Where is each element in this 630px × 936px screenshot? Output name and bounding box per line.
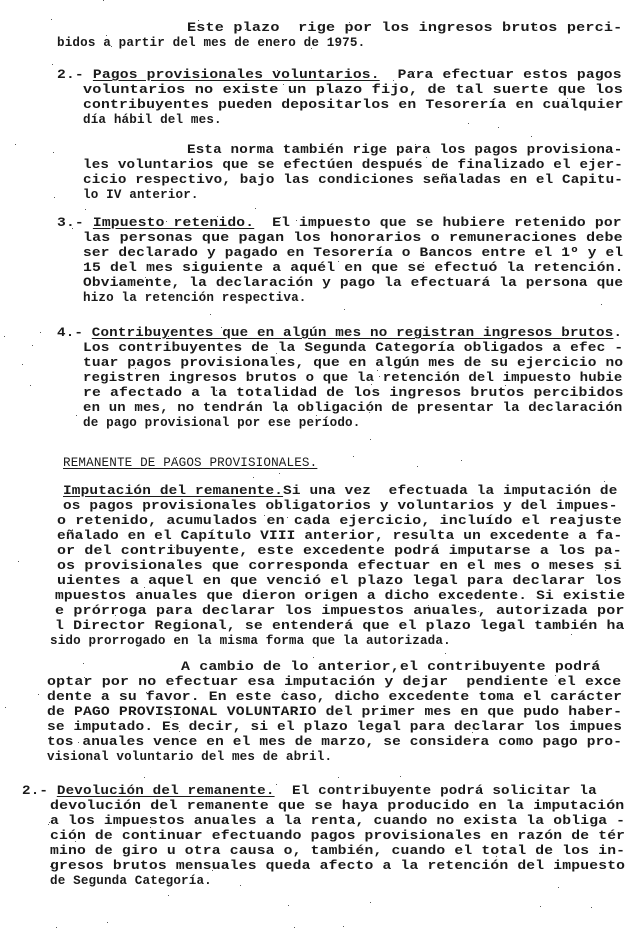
section-text: El impuesto que se hubiere retenido por: [254, 216, 622, 230]
body-line: Los contribuyentes de la Segunda Categor…: [83, 341, 623, 355]
section-text: .: [613, 326, 622, 340]
body-line: o retenido, acumulados en cada ejercicio…: [57, 514, 622, 528]
body-line: uientes a aquel en que venció el plazo l…: [57, 574, 622, 588]
body-line: voluntarios no existe un plazo fijo, de …: [83, 83, 623, 97]
body-line: contribuyentes pueden depositarlos en Te…: [83, 98, 624, 112]
body-line: eñalado en el Capítulo VIII anterior, re…: [57, 529, 622, 543]
body-line: ción de continuar efectuando pagos provi…: [50, 829, 625, 843]
body-line: hizo la retención respectiva.: [83, 291, 307, 305]
body-line: tos anuales vence en el mes de marzo, se…: [47, 735, 622, 749]
section-heading: Pagos provisionales voluntarios.: [93, 68, 380, 82]
body-line: l Director Regional, se entenderá que el…: [55, 619, 625, 633]
section-text: Si una vez efectuada la imputación de: [283, 484, 617, 498]
body-line: ser declarado y pagado en Tesorería o Ba…: [83, 246, 623, 260]
body-line: devolución del remanente que se haya pro…: [50, 799, 624, 813]
body-line: os pagos provisionales obligatorios y vo…: [63, 499, 618, 513]
section-number: 3.-: [57, 216, 84, 230]
intro-line-2: bidos a partir del mes de enero de 1975.: [57, 36, 365, 50]
body-line: A cambio de lo anterior,el contribuyente…: [181, 660, 600, 674]
section-devolucion-heading-line: 2.- Devolución del remanente. El contrib…: [22, 784, 597, 798]
body-line: registren ingresos brutos o que la reten…: [83, 371, 622, 385]
body-line: las personas que pagan los honorarios o …: [83, 231, 623, 245]
section-heading: Impuesto retenido.: [93, 216, 254, 230]
section-heading: Contribuyentes que en algún mes no regis…: [92, 326, 614, 340]
body-line: 15 del mes siguiente a aquél en que se e…: [83, 261, 624, 275]
body-line: optar por no efectuar esa imputación y d…: [47, 675, 621, 689]
remanente-title: REMANENTE DE PAGOS PROVISIONALES.: [63, 456, 317, 470]
body-line: de pago provisional por ese período.: [83, 416, 360, 430]
body-line: se imputado. Es decir, si el plazo legal…: [47, 720, 622, 734]
section-pagos-voluntarios-heading-line: 2.- Pagos provisionales voluntarios. Par…: [57, 68, 622, 82]
body-line: sido prorrogado en la misma forma que la…: [50, 634, 451, 648]
body-line: en un mes, no tendrán la obligación de p…: [83, 401, 622, 415]
body-line: mino de giro u otra causa o, también, cu…: [50, 844, 625, 858]
body-line: cicio respectivo, bajo las condiciones s…: [83, 173, 623, 187]
body-line: de Segunda Categoría.: [50, 874, 212, 888]
body-line: tuar pagos provisionales, que en algún m…: [83, 356, 623, 370]
body-line: Obviamente, la declaración y pago la efe…: [83, 276, 623, 290]
body-line: mpuestos anuales que dieron origen a dic…: [55, 589, 625, 603]
intro-line-1: Este plazo rige por los ingresos brutos …: [187, 21, 622, 35]
section-heading: Imputación del remanente.: [63, 484, 283, 498]
body-line: a los impuestos anuales a la renta, cuan…: [50, 814, 625, 828]
body-line: re afectado a la totalidad de los ingres…: [83, 386, 624, 400]
body-line: visional voluntario del mes de abril.: [47, 750, 332, 764]
section-impuesto-retenido-heading-line: 3.- Impuesto retenido. El impuesto que s…: [57, 216, 622, 230]
section-text: El contribuyente podrá solicitar la: [275, 784, 597, 798]
section-imputacion-heading-line: Imputación del remanente.Si una vez efec…: [63, 484, 618, 498]
body-line: os provisionales que corresponda efectua…: [57, 559, 622, 573]
section-number: 2.-: [57, 68, 84, 82]
body-line: Esta norma también rige para los pagos p…: [187, 143, 622, 157]
body-line: or del contribuyente, este excedente pod…: [57, 544, 622, 558]
body-line: dente a su favor. En este caso, dicho ex…: [47, 690, 622, 704]
body-line: de PAGO PROVISIONAL VOLUNTARIO del prime…: [47, 705, 622, 719]
body-line: gresos brutos mensuales queda afecto a l…: [50, 859, 625, 873]
section-text: Para efectuar estos pagos: [380, 68, 622, 82]
section-number: 2.-: [22, 784, 48, 798]
body-line: e prórroga para declarar los impuestos a…: [55, 604, 625, 618]
body-line: día hábil del mes.: [83, 113, 222, 127]
body-line: les voluntarios que se efectúen después …: [83, 158, 623, 172]
body-line: lo IV anterior.: [83, 188, 199, 202]
section-contribuyentes-heading-line: 4.- Contribuyentes que en algún mes no r…: [57, 326, 622, 340]
section-number: 4.-: [57, 326, 83, 340]
section-heading: Devolución del remanente.: [57, 784, 275, 798]
